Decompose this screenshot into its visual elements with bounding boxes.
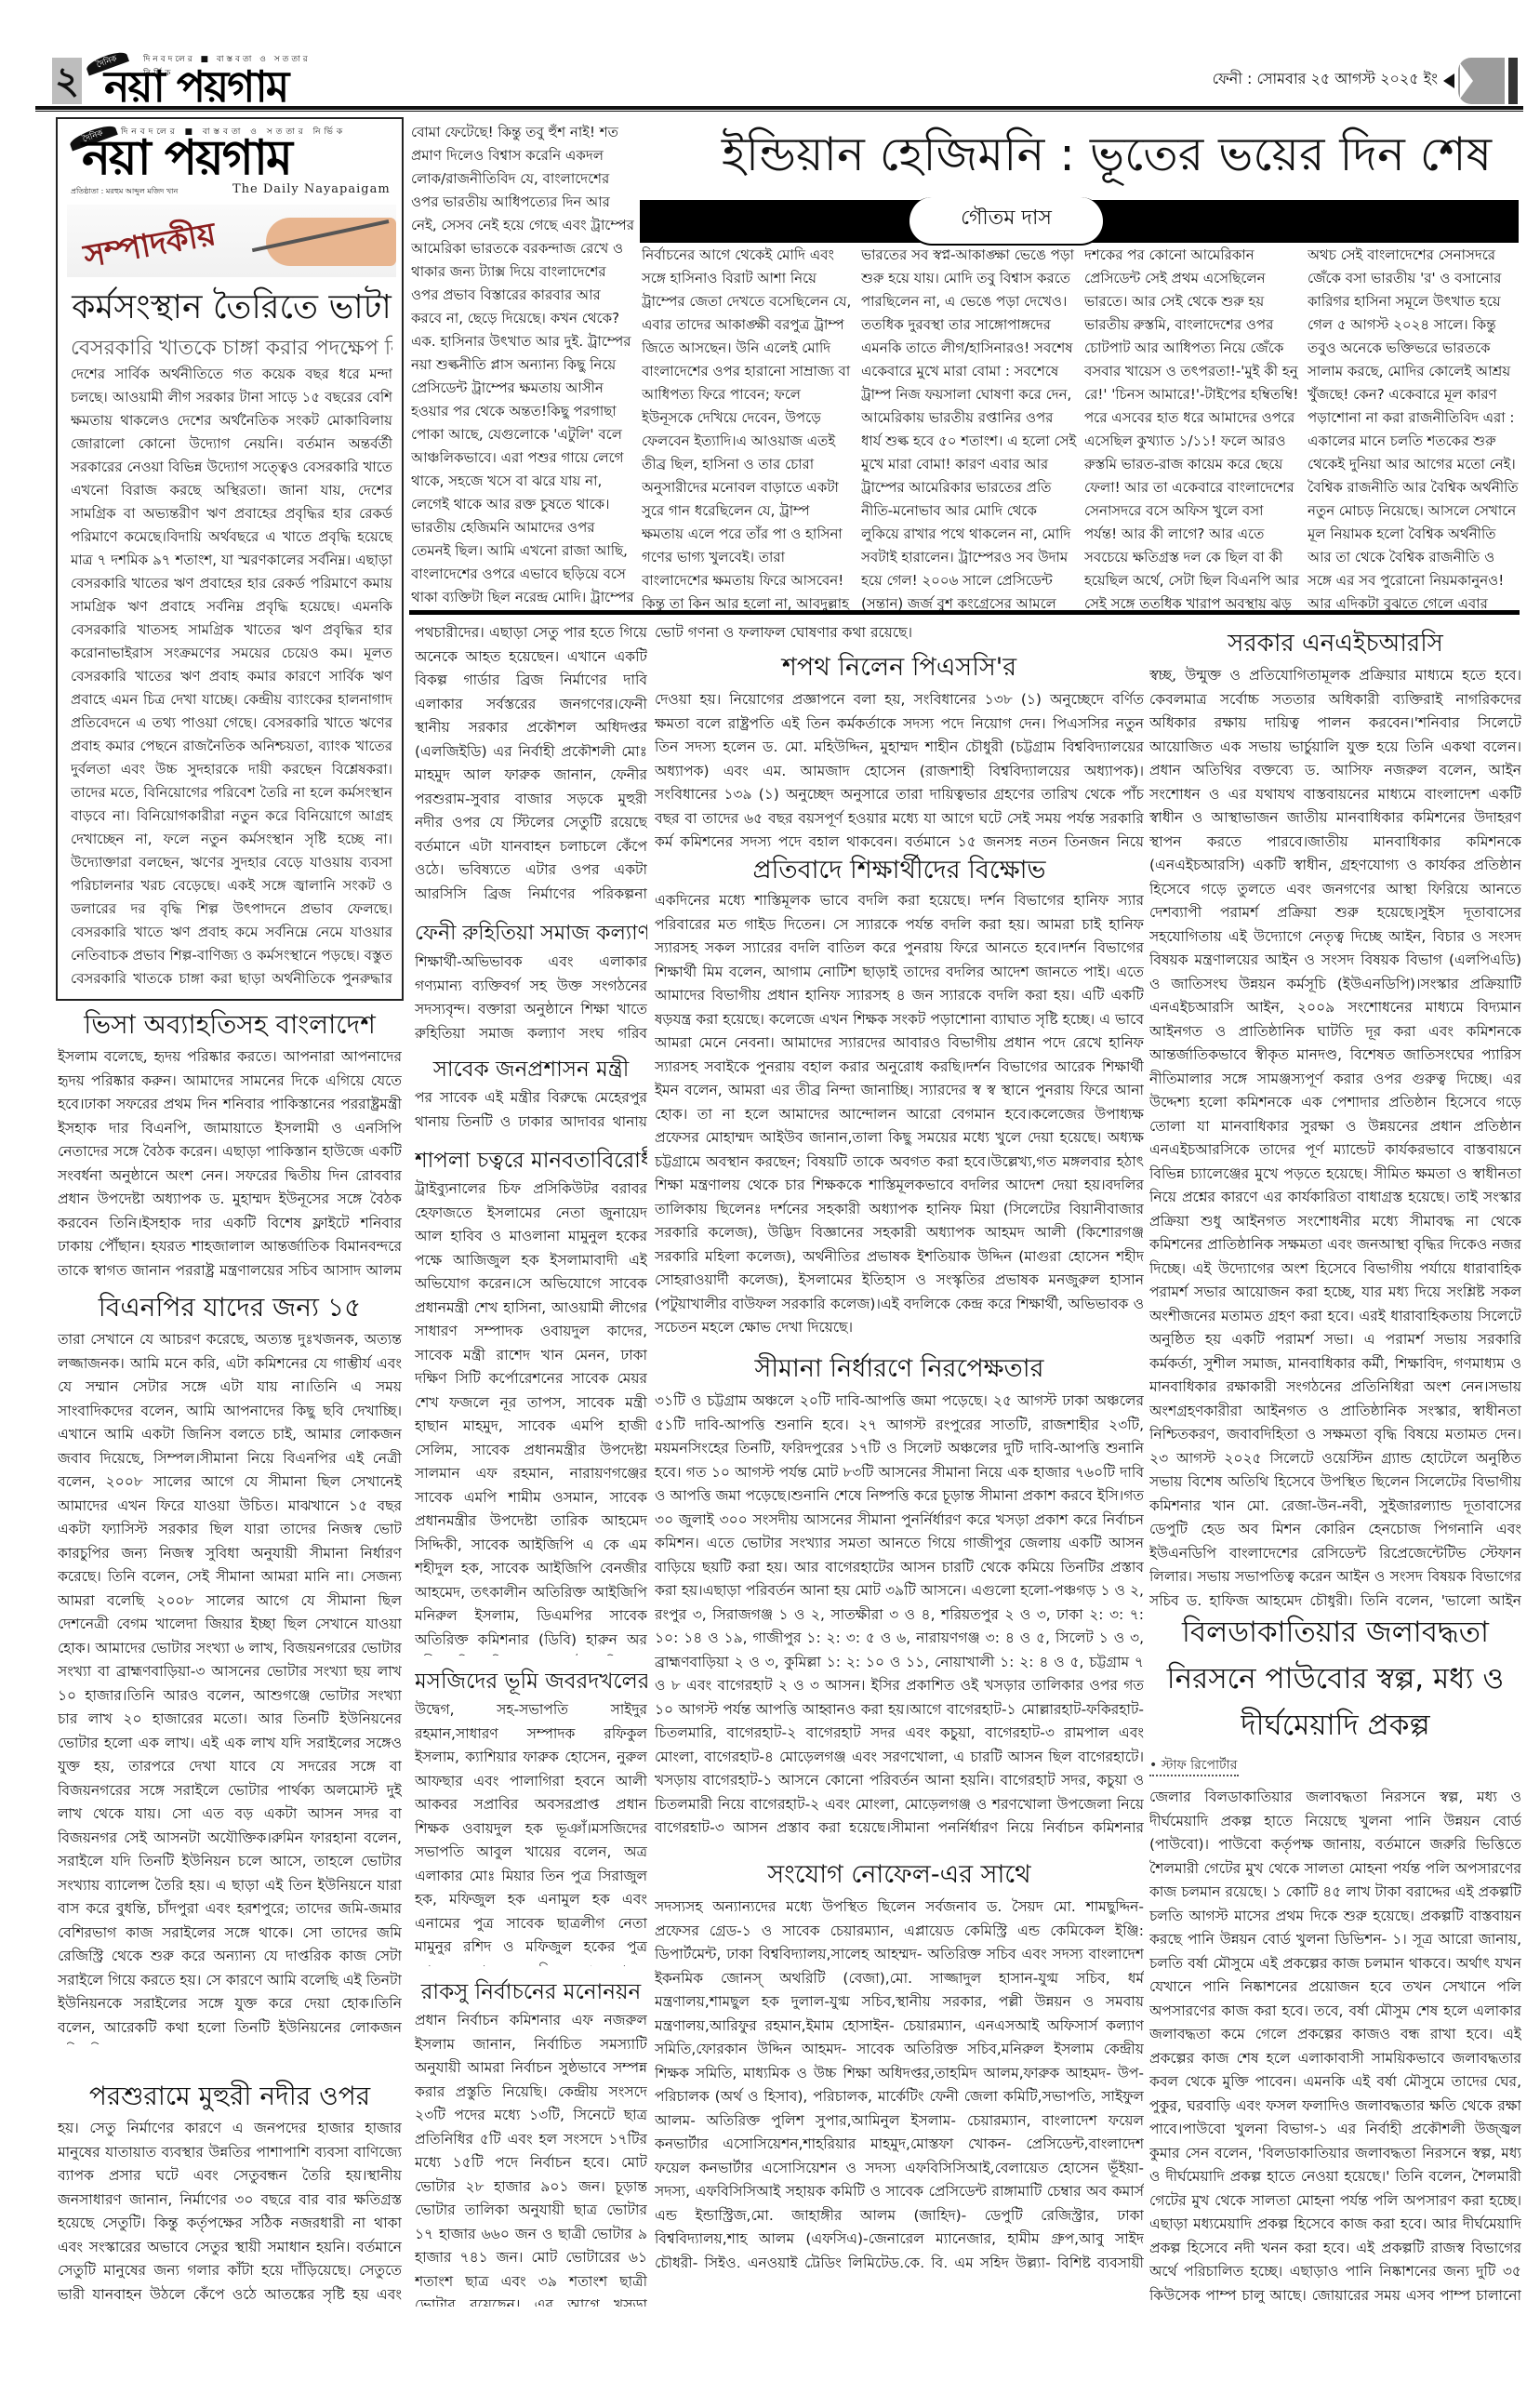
story-title: বিলডাকাতিয়ার জলাবদ্ধতা নিরসনে পাউবোর স্… xyxy=(1149,1609,1521,1749)
arrow-left-icon xyxy=(1443,73,1454,88)
editorial-body: দেশের সার্বিক অর্থনীতিতে গত কয়েক বছর ধর… xyxy=(71,363,392,991)
editorial-banner-image: সম্পাদকীয় xyxy=(67,205,396,277)
editorial-title: কর্মসংস্থান তৈরিতে ভাটা xyxy=(71,285,392,331)
editorial-logo: দৈনিক দিনবদলের ■ বাস্তবতা ও সততার নির্ভি… xyxy=(65,125,394,199)
story-byline: • স্টাফ রিপোর্টার xyxy=(1149,1754,1335,1776)
story-title: রাকসু নির্বাচনের মনোনয়ন xyxy=(415,1974,647,2011)
story-body: শিক্ষার্থী-অভিভাবক এবং এলাকার গণ্যমান্য … xyxy=(415,951,647,1045)
story-body: হয়। সেতু নির্মাণের কারণে এ জনপদের হাজার… xyxy=(58,2117,402,2307)
lead-column: ভারতের সব স্বপ্ন-আকাঙ্ক্ষা ভেঙে পড়া শুর… xyxy=(861,244,1077,614)
story-title: শপথ নিলেন পিএসসি'র xyxy=(655,649,1144,686)
story-title: পরশুরামে মুহুরী নদীর ওপর xyxy=(58,2078,402,2115)
story-body: ইসলাম বলেছে, হৃদয় পরিষ্কার করতে। আপনারা… xyxy=(58,1045,402,1284)
story-body: তারা সেখানে যে আচরণ করেছে, অত্যন্ত দুঃখজ… xyxy=(58,1328,402,2044)
lead-byline: গৌতম দাস xyxy=(908,197,1105,246)
story-title: ভিসা অব্যাহতিসহ বাংলাদেশ xyxy=(58,1006,402,1044)
english-name: The Daily Nayapaigam xyxy=(232,182,391,196)
lead-title: ইন্ডিয়ান হেজিমনি : ভূতের ভয়ের দিন শেষ xyxy=(688,119,1525,190)
story-title: মসজিদের ভূমি জবরদখলের xyxy=(415,1663,647,1700)
story-title: সীমানা নির্ধারণে নিরপেক্ষতার xyxy=(655,1350,1144,1388)
story-continuation: ভোট গণনা ও ফলাফল ঘোষণার কথা রয়েছে। xyxy=(655,621,1144,645)
story-body: একদিনের মধ্যে শাস্তিমূলক ভাবে বদলি করা হ… xyxy=(655,889,1144,1345)
story-title: বিএনপির যাদের জন্য ১৫ xyxy=(58,1289,402,1326)
story-title: ফেনী রুহিতিয়া সমাজ কল্যাণ xyxy=(415,915,647,952)
story-body: ৩১টি ও চট্টগ্রাম অঞ্চলে ২০টি দাবি-আপত্তি… xyxy=(655,1390,1144,1832)
story-body: পর সাবেক এই মন্ত্রীর বিরুদ্ধে মেহেরপুর থ… xyxy=(415,1086,647,1135)
story-body: প্রধান নির্বাচন কমিশনার এফ নজরুল ইসলাম জ… xyxy=(415,2009,647,2307)
story-body: উদ্বেগ, সহ-সভাপতি সাইদুর রহমান,সাধারণ সম… xyxy=(415,1698,647,1966)
lead-column: অথচ সেই বাংলাদেশের সেনাসদরে জেঁকে বসা ভা… xyxy=(1308,244,1520,614)
story-title: প্রতিবাদে শিক্ষার্থীদের বিক্ষোভ xyxy=(655,852,1144,889)
editorial-subtitle: বেসরকারি খাতকে চাঙ্গা করার পদক্ষেপ নিন xyxy=(71,335,392,363)
founder-line: প্রতিষ্ঠাতা : মরহুম আব্দুল মজিদ খান xyxy=(71,186,178,198)
section-rule xyxy=(409,610,1520,615)
story-body: স্বচ্ছ, উন্মুক্ত ও প্রতিযোগিতামূলক প্রক্… xyxy=(1149,664,1521,1607)
page-tab-icon xyxy=(1458,58,1518,104)
lead-intro-column: বোমা ফেটেছে! কিন্তু তবু হুঁশ নাই! শত প্র… xyxy=(411,121,634,614)
byline-divider xyxy=(1149,1775,1239,1776)
date-line: ফেনী : সোমবার ২৫ আগস্ট ২০২৫ ইং xyxy=(1213,67,1438,92)
story-body: দেওয়া হয়। নিয়োগের প্রজ্ঞাপনে বলা হয়,… xyxy=(655,688,1144,846)
header-rule xyxy=(35,106,1523,112)
page-number: ২ xyxy=(52,58,82,104)
story-title: সাবেক জনপ্রশাসন মন্ত্রী xyxy=(415,1051,647,1088)
story-body: সদস্যসহ অন্যান্যদের মধ্যে উপস্থিত ছিলেন … xyxy=(655,1895,1144,2268)
story-title: শাপলা চত্বরে মানবতাবিরোধী xyxy=(415,1142,647,1179)
masthead-logo: দৈনিক দিনবদলের ■ বাস্তবতা ও সততার নির্ভি… xyxy=(86,52,337,106)
paper-name: নয়া পয়গাম xyxy=(104,63,287,110)
lead-column: দশকের পর কোনো আমেরিকান প্রেসিডেন্ট সেই প… xyxy=(1084,244,1300,614)
logo-name: নয়া পয়গাম xyxy=(82,132,291,184)
editorial-box: দৈনিক দিনবদলের ■ বাস্তবতা ও সততার নির্ভি… xyxy=(56,117,404,1001)
story-title: সরকার এনএইচআরসি xyxy=(1149,625,1521,662)
story-body: ট্রাইব্যুনালের চিফ প্রসিকিউটর বরাবর হেফা… xyxy=(415,1177,647,1656)
editorial-banner-label: সম্পাদকীয় xyxy=(80,210,220,277)
story-continuation: পথচারীদের। এছাড়া সেতু পার হতে গিয়ে অনে… xyxy=(415,621,647,908)
story-title: সংযোগ নোফেল-এর সাথে xyxy=(655,1856,1144,1894)
story-body: জেলার বিলডাকাতিয়ার জলাবদ্ধতা নিরসনে স্ব… xyxy=(1149,1786,1521,2308)
lead-column: নির্বাচনের আগে থেকেই মোদি এবং সঙ্গে হাসি… xyxy=(642,244,854,614)
